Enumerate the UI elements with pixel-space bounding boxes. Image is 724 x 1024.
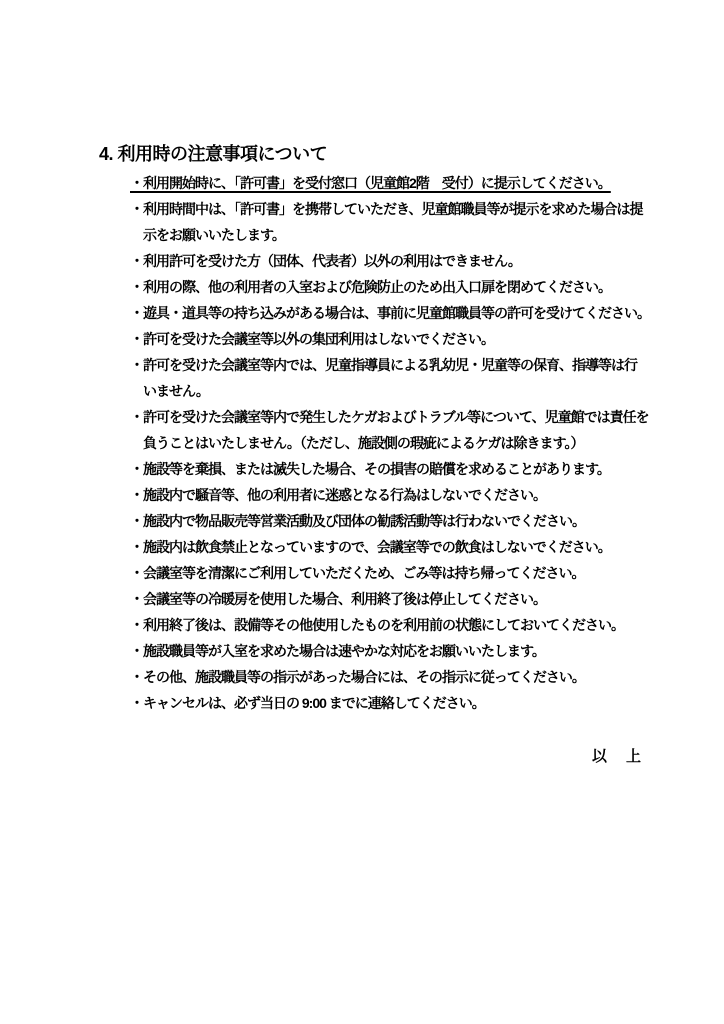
notice-item: ・ 施設職員等が入室を求めた場合は速やかな対応をお願いいたします。 xyxy=(130,638,670,664)
document-page: 4. 利用時の注意事項について ・ 利用開始時に、「許可書」を受付窓口（児童館2… xyxy=(0,0,724,1024)
notice-item-text: 利用許可を受けた方（団体、代表者）以外の利用はできません。 xyxy=(143,248,670,274)
notice-line: 施設等を棄損、または滅失した場合、その損害の賠償を求めることがあります。 xyxy=(143,456,670,482)
notice-item-text: 施設内で騒音等、他の利用者に迷惑となる行為はしないでください。 xyxy=(143,482,670,508)
notice-line: 利用時間中は、「許可書」を携帯していただき、児童館職員等が提示を求めた場合は提 xyxy=(143,196,670,222)
notice-item: ・ 施設内は飲食禁止となっていますので、会議室等での飲食はしないでください。 xyxy=(130,534,670,560)
notice-line: いません。 xyxy=(143,378,670,404)
notice-item-text: 施設内は飲食禁止となっていますので、会議室等での飲食はしないでください。 xyxy=(143,534,670,560)
notice-item: ・ 許可を受けた会議室等内では、児童指導員による乳幼児・児童等の保育、指導等は行… xyxy=(130,352,670,404)
notice-item-text: 利用開始時に、「許可書」を受付窓口（児童館2階 受付）に提示してください。 xyxy=(143,170,670,196)
bullet-marker: ・ xyxy=(130,690,143,716)
notice-line: 遊具・道具等の持ち込みがある場合は、事前に児童館職員等の許可を受けてください。 xyxy=(143,300,670,326)
notice-item-text: 利用時間中は、「許可書」を携帯していただき、児童館職員等が提示を求めた場合は提示… xyxy=(143,196,670,248)
notice-item-text: 施設等を棄損、または滅失した場合、その損害の賠償を求めることがあります。 xyxy=(143,456,670,482)
notice-line: 施設内は飲食禁止となっていますので、会議室等での飲食はしないでください。 xyxy=(143,534,670,560)
notice-line: 会議室等を清潔にご利用していただくため、ごみ等は持ち帰ってください。 xyxy=(143,560,670,586)
bullet-marker: ・ xyxy=(130,274,143,300)
notice-item-text: キャンセルは、必ず当日の 9:00 までに連絡してください。 xyxy=(143,690,670,716)
notice-line: 会議室等の冷暖房を使用した場合、利用終了後は停止してください。 xyxy=(143,586,670,612)
notice-list: ・ 利用開始時に、「許可書」を受付窓口（児童館2階 受付）に提示してください。 … xyxy=(130,170,670,716)
notice-line: 許可を受けた会議室等内では、児童指導員による乳幼児・児童等の保育、指導等は行 xyxy=(143,352,670,378)
page-title: 4. 利用時の注意事項について xyxy=(99,141,327,167)
notice-item-text: 許可を受けた会議室等内では、児童指導員による乳幼児・児童等の保育、指導等は行いま… xyxy=(143,352,670,404)
notice-line: 利用終了後は、設備等その他使用したものを利用前の状態にしておいてください。 xyxy=(143,612,670,638)
notice-line: 利用開始時に、「許可書」を受付窓口（児童館2階 受付）に提示してください。 xyxy=(143,170,670,196)
bullet-marker: ・ xyxy=(130,586,143,612)
notice-item-text: 利用の際、他の利用者の入室および危険防止のため出入口扉を閉めてください。 xyxy=(143,274,670,300)
notice-line: キャンセルは、必ず当日の 9:00 までに連絡してください。 xyxy=(143,690,670,716)
notice-item: ・ キャンセルは、必ず当日の 9:00 までに連絡してください。 xyxy=(130,690,670,716)
bullet-marker: ・ xyxy=(130,170,143,196)
bullet-marker: ・ xyxy=(130,482,143,508)
notice-item: ・ その他、施設職員等の指示があった場合には、その指示に従ってください。 xyxy=(130,664,670,690)
notice-item: ・ 会議室等の冷暖房を使用した場合、利用終了後は停止してください。 xyxy=(130,586,670,612)
notice-item: ・ 会議室等を清潔にご利用していただくため、ごみ等は持ち帰ってください。 xyxy=(130,560,670,586)
notice-item: ・ 許可を受けた会議室等以外の集団利用はしないでください。 xyxy=(130,326,670,352)
bullet-marker: ・ xyxy=(130,560,143,586)
notice-line: 施設内で騒音等、他の利用者に迷惑となる行為はしないでください。 xyxy=(143,482,670,508)
notice-item-text: 遊具・道具等の持ち込みがある場合は、事前に児童館職員等の許可を受けてください。 xyxy=(143,300,670,326)
notice-item: ・ 遊具・道具等の持ち込みがある場合は、事前に児童館職員等の許可を受けてください… xyxy=(130,300,670,326)
bullet-marker: ・ xyxy=(130,196,143,222)
bullet-marker: ・ xyxy=(130,638,143,664)
bullet-marker: ・ xyxy=(130,664,143,690)
notice-item: ・ 利用終了後は、設備等その他使用したものを利用前の状態にしておいてください。 xyxy=(130,612,670,638)
notice-item: ・ 利用許可を受けた方（団体、代表者）以外の利用はできません。 xyxy=(130,248,670,274)
notice-line: 許可を受けた会議室等以外の集団利用はしないでください。 xyxy=(143,326,670,352)
bullet-marker: ・ xyxy=(130,534,143,560)
notice-item-text: 施設内で物品販売等営業活動及び団体の勧誘活動等は行わないでください。 xyxy=(143,508,670,534)
notice-item-text: 会議室等を清潔にご利用していただくため、ごみ等は持ち帰ってください。 xyxy=(143,560,670,586)
notice-line: 示をお願いいたします。 xyxy=(143,222,670,248)
notice-line: 利用の際、他の利用者の入室および危険防止のため出入口扉を閉めてください。 xyxy=(143,274,670,300)
bullet-marker: ・ xyxy=(130,300,143,326)
notice-item: ・ 施設内で物品販売等営業活動及び団体の勧誘活動等は行わないでください。 xyxy=(130,508,670,534)
bullet-marker: ・ xyxy=(130,248,143,274)
notice-item-text: 施設職員等が入室を求めた場合は速やかな対応をお願いいたします。 xyxy=(143,638,670,664)
notice-item-text: 利用終了後は、設備等その他使用したものを利用前の状態にしておいてください。 xyxy=(143,612,670,638)
closing-mark: 以 上 xyxy=(592,744,643,770)
notice-item: ・ 許可を受けた会議室等内で発生したケガおよびトラブル等について、児童館では責任… xyxy=(130,404,670,456)
notice-line: その他、施設職員等の指示があった場合には、その指示に従ってください。 xyxy=(143,664,670,690)
notice-line: 負うことはいたしません。（ただし、施設側の瑕疵によるケガは除きます。） xyxy=(143,430,670,456)
notice-item-text: 許可を受けた会議室等内で発生したケガおよびトラブル等について、児童館では責任を負… xyxy=(143,404,670,456)
bullet-marker: ・ xyxy=(130,352,143,378)
notice-line: 利用許可を受けた方（団体、代表者）以外の利用はできません。 xyxy=(143,248,670,274)
notice-item: ・ 利用の際、他の利用者の入室および危険防止のため出入口扉を閉めてください。 xyxy=(130,274,670,300)
notice-item-text: その他、施設職員等の指示があった場合には、その指示に従ってください。 xyxy=(143,664,670,690)
notice-item: ・ 利用時間中は、「許可書」を携帯していただき、児童館職員等が提示を求めた場合は… xyxy=(130,196,670,248)
bullet-marker: ・ xyxy=(130,612,143,638)
bullet-marker: ・ xyxy=(130,508,143,534)
notice-line: 施設職員等が入室を求めた場合は速やかな対応をお願いいたします。 xyxy=(143,638,670,664)
notice-line: 施設内で物品販売等営業活動及び団体の勧誘活動等は行わないでください。 xyxy=(143,508,670,534)
notice-line: 許可を受けた会議室等内で発生したケガおよびトラブル等について、児童館では責任を xyxy=(143,404,670,430)
notice-item: ・ 施設等を棄損、または滅失した場合、その損害の賠償を求めることがあります。 xyxy=(130,456,670,482)
bullet-marker: ・ xyxy=(130,456,143,482)
notice-item-text: 会議室等の冷暖房を使用した場合、利用終了後は停止してください。 xyxy=(143,586,670,612)
bullet-marker: ・ xyxy=(130,326,143,352)
notice-item: ・ 施設内で騒音等、他の利用者に迷惑となる行為はしないでください。 xyxy=(130,482,670,508)
notice-item-text: 許可を受けた会議室等以外の集団利用はしないでください。 xyxy=(143,326,670,352)
notice-item: ・ 利用開始時に、「許可書」を受付窓口（児童館2階 受付）に提示してください。 xyxy=(130,170,670,196)
bullet-marker: ・ xyxy=(130,404,143,430)
